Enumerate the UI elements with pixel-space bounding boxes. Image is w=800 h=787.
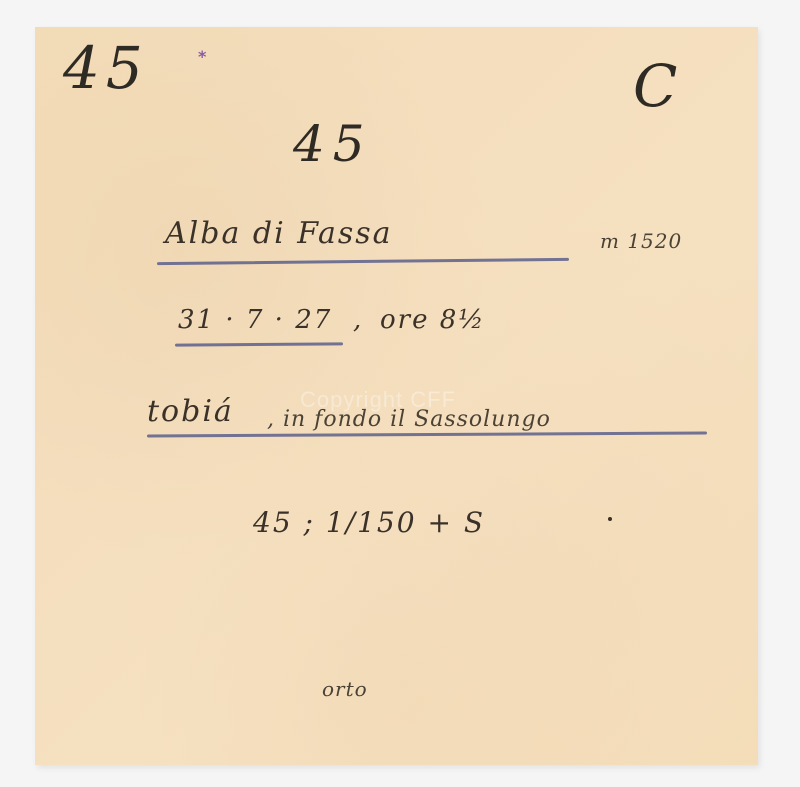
corner-number: 45 xyxy=(63,39,149,97)
time-text: ore 8½ xyxy=(380,307,485,333)
purple-asterisk-mark: * xyxy=(198,47,206,66)
footer-text: orto xyxy=(322,679,368,699)
altitude-text: m 1520 xyxy=(600,231,682,251)
date-text: 31 · 7 · 27 xyxy=(178,307,332,333)
heading-number: 45 xyxy=(293,119,373,169)
date-separator: , xyxy=(353,307,363,333)
corner-letter: C xyxy=(633,57,683,115)
habitat-note: , in fondo il Sassolungo xyxy=(267,409,551,431)
ink-speck xyxy=(608,517,612,521)
locality-text: Alba di Fassa xyxy=(165,219,393,249)
exposure-text: 45 ; 1/150 + S xyxy=(253,509,485,537)
scan-background: 45 * C 45 Alba di Fassa m 1520 31 · 7 · … xyxy=(0,0,800,787)
date-underline xyxy=(175,342,343,346)
paper-label: 45 * C 45 Alba di Fassa m 1520 31 · 7 · … xyxy=(35,27,758,765)
locality-underline xyxy=(157,258,569,265)
habitat-underline xyxy=(147,432,707,438)
habitat-term: tobiá xyxy=(147,397,234,427)
